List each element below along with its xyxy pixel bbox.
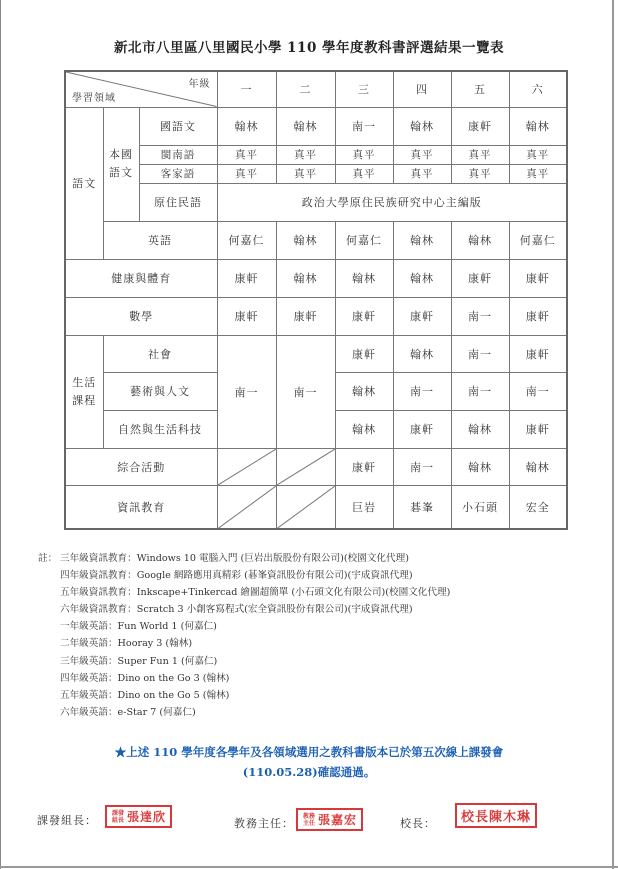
table-cell: 翰林 [509, 107, 567, 145]
page-border-right [612, 0, 614, 869]
subject-label: 數學 [65, 297, 217, 335]
table-cell: 翰林 [451, 221, 509, 259]
table-cell: 康軒 [335, 448, 393, 485]
confirmation-line-1: ★上述 110 學年度各學年及各領域選用之教科書版本已於第五次線上課發會 [0, 742, 618, 762]
table-cell-merged: 政治大學原住民族研究中心主編版 [217, 183, 567, 221]
subject-label: 綜合活動 [65, 448, 217, 485]
table-cell: 真平 [451, 164, 509, 183]
note-text: 四年級英語：Dino on the Go 3 (翰林) [60, 673, 229, 684]
page-border-left [0, 0, 1, 869]
table-cell: 翰林 [393, 259, 451, 297]
table-cell: 康軒 [393, 297, 451, 335]
confirmation-line-2: (110.05.28)確認通過。 [0, 762, 618, 782]
confirmation-statement: ★上述 110 學年度各學年及各領域選用之教科書版本已於第五次線上課發會 (11… [0, 742, 618, 782]
subject-label: 英語 [103, 221, 217, 259]
table-cell: 碁峯 [393, 485, 451, 529]
note-text: 五年級英語：Dino on the Go 5 (翰林) [60, 690, 229, 701]
diagonal-slash-icon [218, 486, 276, 529]
diagonal-slash-icon [277, 486, 335, 529]
table-cell: 南一 [451, 335, 509, 372]
grade-header: 二 [276, 71, 335, 107]
table-cell: 真平 [335, 164, 393, 183]
table-cell: 翰林 [335, 410, 393, 448]
subject-label: 藝術與人文 [103, 372, 217, 410]
note-item: 五年級資訊教育：Inkscape+Tinkercad 繪圖超簡單 (小石頭文化有… [38, 584, 450, 601]
note-item: 註：三年級資訊教育：Windows 10 電腦入門 (巨岩出版股份有限公司)(校… [38, 550, 450, 567]
table-cell: 翰林 [451, 410, 509, 448]
not-applicable-cell [276, 448, 335, 485]
subject-label: 健康與體育 [65, 259, 217, 297]
table-row: 綜合活動 康軒 南一 翰林 翰林 [65, 448, 567, 485]
subject-label: 資訊教育 [65, 485, 217, 529]
life-group-text: 生活課程 [71, 374, 97, 410]
table-cell: 南一 [451, 372, 509, 410]
table-cell: 康軒 [451, 259, 509, 297]
note-item: 六年級英語：e-Star 7 (何嘉仁) [38, 704, 450, 721]
note-text: 一年級英語：Fun World 1 (何嘉仁) [60, 621, 217, 632]
table-cell: 何嘉仁 [335, 221, 393, 259]
table-cell: 南一 [451, 297, 509, 335]
table-cell: 真平 [276, 145, 335, 164]
table-row: 客家語 真平 真平 真平 真平 真平 真平 [65, 164, 567, 183]
native-language-text: 本國語文 [108, 146, 134, 182]
domain-axis-label: 學習領域 [72, 89, 116, 104]
header-row: 年級 學習領域 一 二 三 四 五 六 [65, 71, 567, 107]
document-title: 新北市八里區八里國民小學 110 學年度教科書評選結果一覽表 [0, 36, 618, 56]
diagonal-slash-icon [277, 449, 335, 485]
curriculum-leader-label: 課發組長： [37, 812, 97, 828]
table-cell: 南一 [335, 107, 393, 145]
stamp-name: 校長陳木琳 [461, 806, 531, 825]
grade-header: 三 [335, 71, 393, 107]
table-cell: 康軒 [509, 297, 567, 335]
table-cell: 翰林 [276, 221, 335, 259]
stamp-name: 張嘉宏 [318, 811, 357, 828]
principal-stamp: 校長陳木琳 [455, 803, 537, 828]
subject-label: 閩南語 [139, 145, 217, 164]
table-cell: 翰林 [335, 372, 393, 410]
textbook-selection-table: 年級 學習領域 一 二 三 四 五 六 語文 本國語文 國語文 翰林 翰林 南一… [64, 70, 568, 530]
table-cell: 康軒 [335, 297, 393, 335]
not-applicable-cell [276, 485, 335, 529]
table-cell: 翰林 [393, 221, 451, 259]
table-cell: 何嘉仁 [217, 221, 276, 259]
note-item: 五年級英語：Dino on the Go 5 (翰林) [38, 687, 450, 704]
note-item: 六年級資訊教育：Scratch 3 小創客寫程式(宏全資訊股份有限公司)(宇成資… [38, 601, 450, 618]
note-text: 三年級英語：Super Fun 1 (何嘉仁) [60, 656, 217, 667]
table-row: 數學 康軒 康軒 康軒 康軒 南一 康軒 [65, 297, 567, 335]
subject-label: 客家語 [139, 164, 217, 183]
table-cell: 宏全 [509, 485, 567, 529]
stamp-title: 課發組長 [111, 810, 125, 824]
subject-label: 國語文 [139, 107, 217, 145]
table-cell: 真平 [217, 145, 276, 164]
table-row: 語文 本國語文 國語文 翰林 翰林 南一 翰林 康軒 翰林 [65, 107, 567, 145]
table-cell: 南一 [393, 448, 451, 485]
not-applicable-cell [217, 448, 276, 485]
academic-director-label: 教務主任： [234, 815, 294, 831]
table-cell: 康軒 [276, 297, 335, 335]
table-cell: 真平 [393, 164, 451, 183]
native-language-label: 本國語文 [103, 107, 139, 221]
academic-director-stamp: 教務主任 張嘉宏 [296, 808, 363, 831]
table-cell: 巨岩 [335, 485, 393, 529]
table-cell: 康軒 [509, 259, 567, 297]
grade-header: 五 [451, 71, 509, 107]
table-cell: 南一 [509, 372, 567, 410]
note-text: 六年級資訊教育：Scratch 3 小創客寫程式(宏全資訊股份有限公司)(宇成資… [60, 604, 413, 615]
not-applicable-cell [217, 485, 276, 529]
notes-section: 註：三年級資訊教育：Windows 10 電腦入門 (巨岩出版股份有限公司)(校… [38, 550, 450, 721]
life-group-label: 生活課程 [65, 335, 103, 448]
language-group-label: 語文 [65, 107, 103, 259]
note-text: 二年級英語：Hooray 3 (翰林) [60, 638, 192, 649]
table-cell: 康軒 [217, 259, 276, 297]
table-row: 原住民語 政治大學原住民族研究中心主編版 [65, 183, 567, 221]
table-row: 閩南語 真平 真平 真平 真平 真平 真平 [65, 145, 567, 164]
note-item: 四年級資訊教育：Google 網路應用真精彩 (碁峯資訊股份有限公司)(宇成資訊… [38, 567, 450, 584]
table-cell: 真平 [335, 145, 393, 164]
notes-prefix: 註： [38, 550, 60, 567]
subject-label: 社會 [103, 335, 217, 372]
grade-header: 一 [217, 71, 276, 107]
table-cell: 真平 [217, 164, 276, 183]
principal-label: 校長： [400, 815, 436, 831]
table-cell: 何嘉仁 [509, 221, 567, 259]
table-cell: 小石頭 [451, 485, 509, 529]
table-cell: 翰林 [393, 335, 451, 372]
table-cell: 康軒 [509, 335, 567, 372]
table-row: 資訊教育 巨岩 碁峯 小石頭 宏全 [65, 485, 567, 529]
note-item: 三年級英語：Super Fun 1 (何嘉仁) [38, 653, 450, 670]
grade-header: 六 [509, 71, 567, 107]
subject-label: 自然與生活科技 [103, 410, 217, 448]
grade-axis-label: 年級 [189, 75, 211, 90]
note-item: 四年級英語：Dino on the Go 3 (翰林) [38, 670, 450, 687]
diagonal-slash-icon [218, 449, 276, 485]
table-row: 生活課程 社會 南一 南一 康軒 翰林 南一 康軒 [65, 335, 567, 372]
table-cell: 康軒 [509, 410, 567, 448]
table-cell: 康軒 [451, 107, 509, 145]
table-cell: 康軒 [217, 297, 276, 335]
note-text: 六年級英語：e-Star 7 (何嘉仁) [60, 707, 196, 718]
table-cell: 翰林 [217, 107, 276, 145]
table-cell: 真平 [393, 145, 451, 164]
table-row: 健康與體育 康軒 翰林 翰林 翰林 康軒 康軒 [65, 259, 567, 297]
table-cell: 真平 [509, 164, 567, 183]
table-cell: 翰林 [276, 107, 335, 145]
subject-label: 原住民語 [139, 183, 217, 221]
table-cell: 康軒 [393, 410, 451, 448]
table-cell: 翰林 [393, 107, 451, 145]
table-cell: 康軒 [335, 335, 393, 372]
table-cell: 真平 [451, 145, 509, 164]
note-item: 二年級英語：Hooray 3 (翰林) [38, 635, 450, 652]
note-text: 三年級資訊教育：Windows 10 電腦入門 (巨岩出版股份有限公司)(校園文… [60, 553, 409, 564]
note-item: 一年級英語：Fun World 1 (何嘉仁) [38, 618, 450, 635]
table-cell: 翰林 [335, 259, 393, 297]
note-text: 五年級資訊教育：Inkscape+Tinkercad 繪圖超簡單 (小石頭文化有… [60, 587, 450, 598]
note-text: 四年級資訊教育：Google 網路應用真精彩 (碁峯資訊股份有限公司)(宇成資訊… [60, 570, 413, 581]
signature-section: 課發組長： 課發組長 張達欣 教務主任： 教務主任 張嘉宏 校長： 校長陳木琳 [0, 803, 618, 833]
stamp-name: 張達欣 [127, 808, 166, 825]
stamp-title: 教務主任 [302, 813, 316, 827]
table-cell-merged: 南一 [276, 335, 335, 448]
corner-header-cell: 年級 學習領域 [65, 71, 217, 107]
table-row: 英語 何嘉仁 翰林 何嘉仁 翰林 翰林 何嘉仁 [65, 221, 567, 259]
page-border-bottom [0, 866, 618, 868]
table-cell: 真平 [509, 145, 567, 164]
table-cell: 真平 [276, 164, 335, 183]
table-cell: 翰林 [451, 448, 509, 485]
grade-header: 四 [393, 71, 451, 107]
table-cell: 翰林 [276, 259, 335, 297]
table-cell: 翰林 [509, 448, 567, 485]
table-cell: 南一 [393, 372, 451, 410]
table-cell-merged: 南一 [217, 335, 276, 448]
curriculum-leader-stamp: 課發組長 張達欣 [105, 805, 172, 828]
